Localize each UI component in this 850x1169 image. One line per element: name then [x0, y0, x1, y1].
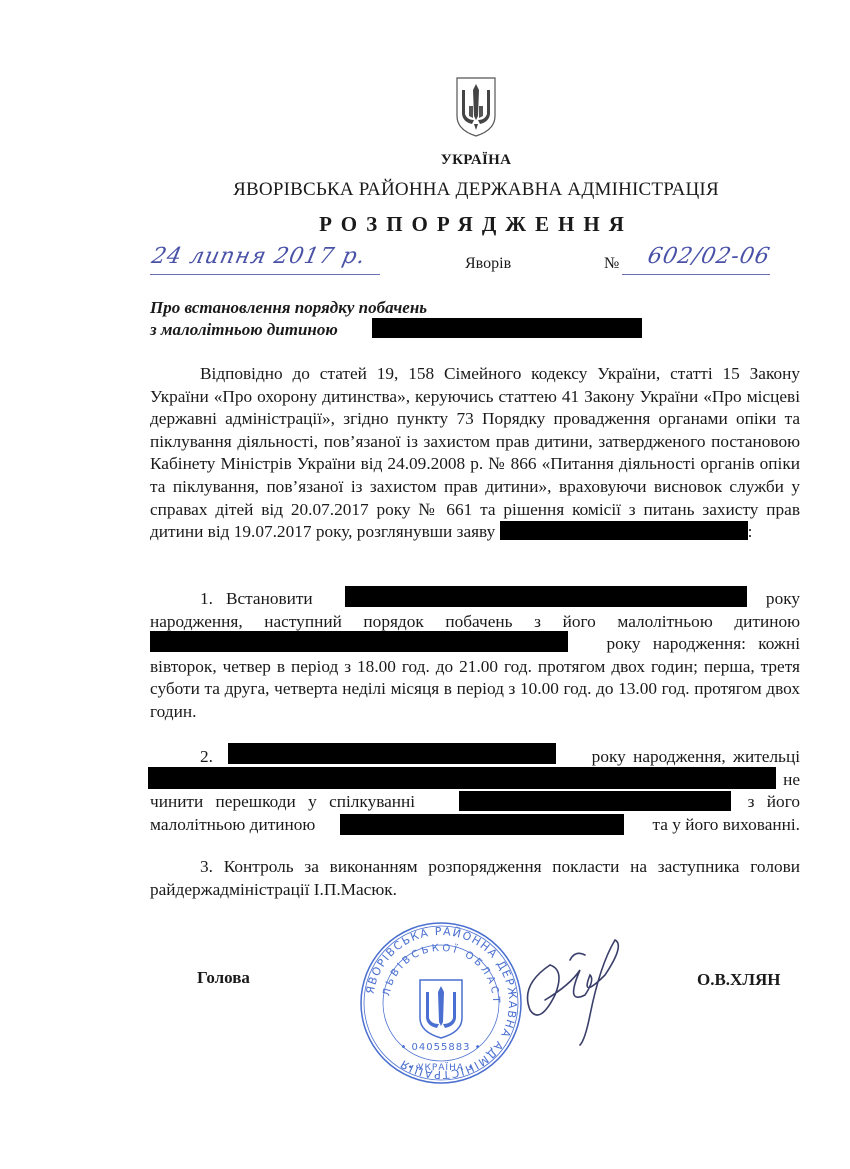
- item-1-number: 1.: [200, 589, 213, 608]
- redacted-name: [340, 814, 624, 835]
- signatory-role: Голова: [197, 968, 250, 988]
- redacted-name: [500, 521, 748, 540]
- signatory-name: О.В.ХЛЯН: [697, 970, 781, 990]
- item-1-start: 1. Встановити: [150, 588, 313, 611]
- item-2-text-e: малолітньою дитиною: [150, 814, 315, 837]
- item-1-text-c: народження, наступний порядок побачень з…: [150, 611, 800, 634]
- item-1-text-b: року: [766, 588, 800, 611]
- item-2-text-d: з його: [748, 791, 800, 814]
- authority-heading: ЯВОРІВСЬКА РАЙОННА ДЕРЖАВНА АДМІНІСТРАЦІ…: [0, 179, 850, 201]
- subject-line-1: Про встановлення порядку побачень: [150, 297, 427, 319]
- item-1: 1. Встановити року народження, наступний…: [150, 588, 800, 724]
- svg-text:• 04055883 •: • 04055883 •: [400, 1042, 481, 1053]
- redacted-address: [148, 767, 776, 789]
- city-label: Яворів: [465, 255, 511, 273]
- preamble-text: Відповідно до статей 19, 158 Сімейного к…: [150, 364, 800, 541]
- item-3-number: 3.: [200, 857, 213, 876]
- preamble-paragraph: Відповідно до статей 19, 158 Сімейного к…: [150, 363, 800, 544]
- item-2-number: 2.: [150, 746, 213, 769]
- handwritten-number: 602/02-06: [645, 244, 772, 269]
- redacted-name: [228, 743, 556, 764]
- number-label: №: [604, 255, 619, 273]
- handwritten-signature: [510, 925, 640, 1055]
- ukraine-trident-emblem-icon: [455, 76, 497, 138]
- preamble-ending: :: [748, 522, 753, 541]
- handwritten-date: 24 липня 2017 р.: [149, 244, 368, 269]
- redacted-name: [372, 318, 642, 338]
- item-1-text-a: Встановити: [226, 589, 313, 608]
- redacted-name: [150, 631, 568, 652]
- item-3-text: Контроль за виконанням розпорядження пок…: [150, 857, 800, 899]
- country-heading: УКРАЇНА: [0, 152, 850, 169]
- document-type-heading: РОЗПОРЯДЖЕННЯ: [0, 212, 850, 237]
- item-1-text-e: вівторок, четвер в період з 18.00 год. д…: [150, 656, 800, 724]
- item-2-text-a: року народження, жительці: [592, 746, 800, 769]
- official-stamp: ЯВОРІВСЬКА РАЙОННА ДЕРЖАВНА АДМІНІСТРАЦІ…: [356, 918, 526, 1088]
- item-2-text-f: та у його вихованні.: [653, 814, 800, 837]
- item-2-text-c: чинити перешкоди у спілкуванні: [150, 791, 415, 814]
- redacted-name: [345, 586, 747, 607]
- redacted-name: [459, 791, 731, 811]
- svg-text:• УКРАЇНА •: • УКРАЇНА •: [408, 1062, 474, 1073]
- item-3: 3. Контроль за виконанням розпорядження …: [150, 856, 800, 901]
